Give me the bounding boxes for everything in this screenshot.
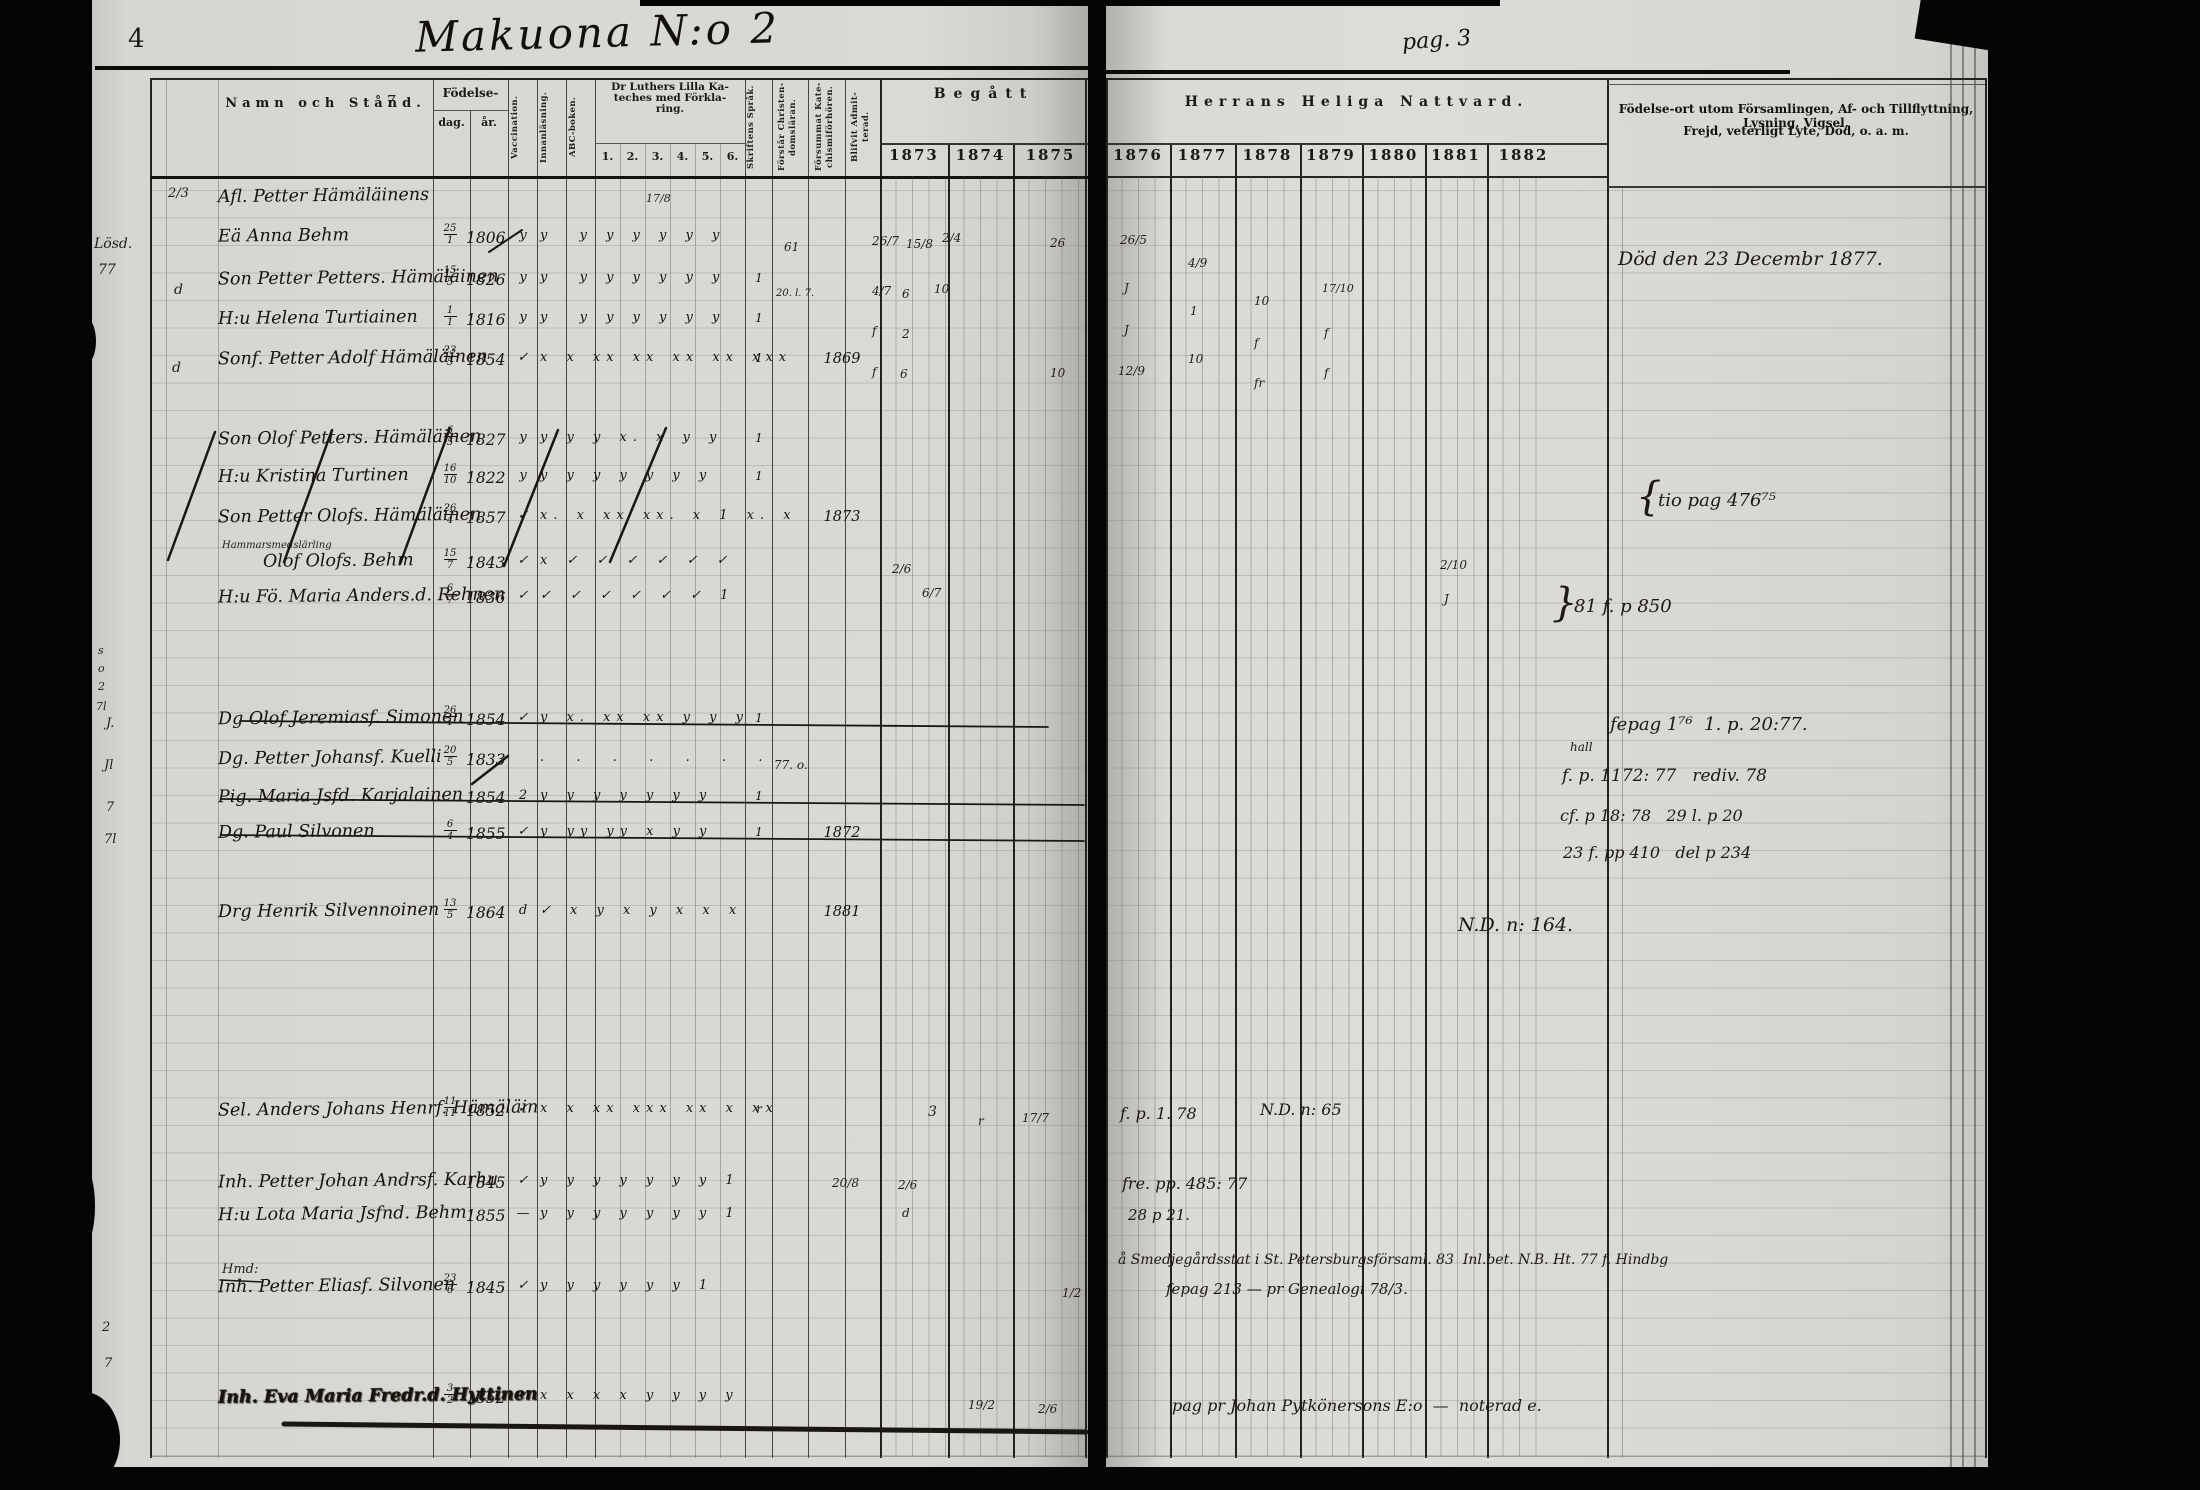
handwritten-mark: f <box>872 365 876 379</box>
entry-vaccination-mark: ✓ <box>508 824 538 839</box>
grid-vline <box>772 78 773 1458</box>
handwritten-mark: 2/6 <box>1038 1402 1057 1416</box>
entry-catechism-marks: x x xx xxx xx x xx <box>540 1101 779 1116</box>
birth-day-numerator: 6 <box>447 820 453 829</box>
entry-vaccination-mark: y <box>508 430 538 445</box>
entry-birth-year: 1806 <box>466 229 505 247</box>
grid-hline <box>1106 143 1607 145</box>
page-number: 4 <box>128 24 145 54</box>
handwritten-mark: 26/5 <box>1120 233 1147 247</box>
handwritten-mark: 10 <box>934 282 949 296</box>
year-header: 1877 <box>1170 146 1235 164</box>
handwritten-mark: J <box>1124 323 1129 337</box>
entry-vaccination-mark: y <box>508 270 538 285</box>
entry-admitted-year: 1872 <box>806 825 878 841</box>
birth-day-denominator: 6 <box>447 1286 453 1295</box>
entry-name: Inh. Petter Johan Andrsf. Karhu <box>218 1170 498 1193</box>
entry-catechism-marks: x ✓ ✓ ✓ ✓ ✓ ✓ <box>540 553 733 568</box>
entry-language-mark: r <box>747 1102 771 1116</box>
entry-birth-year: 1855 <box>466 825 505 843</box>
entry-birth-year: 1854 <box>466 351 505 369</box>
entry-vaccination-mark: ✓ <box>508 588 538 603</box>
grid-vline <box>1085 78 1087 1458</box>
handwritten-mark: 6 <box>902 287 910 301</box>
column-header-name: Namn och Stånd. <box>218 96 433 111</box>
grid-hline <box>150 78 1985 80</box>
column-header-vertical: Förstår Christen- domsläran. <box>777 80 803 174</box>
margin-note: 28 p 21. <box>1128 1206 1190 1224</box>
handwritten-mark: d <box>174 282 183 298</box>
margin-note: hall <box>1570 740 1593 754</box>
margin-note: fepag 1⁷⁶ 1. p. 20:77. <box>1610 714 1808 735</box>
year-header: 1881 <box>1425 146 1487 164</box>
column-header-birth: Födelse- <box>433 86 508 100</box>
birth-day-numerator: 13 <box>444 899 457 908</box>
entry-vaccination-mark: ✓ <box>508 1278 538 1293</box>
entry-birth-day: 155 <box>433 266 467 287</box>
birth-day-numerator: 6 <box>447 426 453 435</box>
entry-catechism-marks: y y y y y y y 1 <box>540 1206 740 1221</box>
handwritten-mark: Lösd. <box>94 236 132 252</box>
entry-birth-day: 236 <box>433 1274 467 1295</box>
handwritten-mark: 15/8 <box>906 237 933 251</box>
birth-day-denominator: 1 <box>447 236 453 245</box>
entry-name: H:u Helena Turtiainen <box>218 307 418 329</box>
birth-day-numerator: 16 <box>444 464 457 473</box>
birth-day-denominator: 4 <box>447 832 453 841</box>
year-header: 1880 <box>1362 146 1425 164</box>
birth-day-denominator: 1 <box>447 718 453 727</box>
entry-birth-day: 1111 <box>433 1097 467 1118</box>
entry-admitted-year: 1881 <box>806 904 878 920</box>
handwritten-mark: Hmd: <box>222 1262 258 1277</box>
entry-language-mark: 1 <box>747 431 771 445</box>
handwritten-mark: 7 <box>386 92 396 110</box>
entry-birth-year: 1854 <box>466 789 505 807</box>
entry-vaccination-mark: ✓ <box>508 1388 538 1403</box>
entry-name: Olof Olofs. Behm <box>263 550 414 572</box>
entry-name: Dg. Paul Silvonen <box>218 821 375 843</box>
handwritten-mark: 12/9 <box>1118 364 1145 378</box>
entry-birth-day: 67 <box>433 584 467 605</box>
column-header-vertical: Vaccination. <box>510 80 536 174</box>
birth-day-denominator: 2 <box>447 1396 453 1405</box>
entry-language-mark: 1 <box>747 825 771 839</box>
birth-day-numerator: 15 <box>444 549 457 558</box>
entry-catechism-marks: . . . . . . . <box>540 750 769 765</box>
handwritten-mark: 17/10 <box>1322 282 1354 295</box>
entry-catechism-marks: x x x x y y y y <box>540 1388 739 1403</box>
page-stack-edge <box>1974 0 1976 1468</box>
birth-day-numerator: 1 <box>447 306 453 315</box>
entry-language-mark: 1 <box>747 271 771 285</box>
margin-note: tio pag 476⁷⁵ <box>1658 490 1776 511</box>
film-blemish <box>72 1166 95 1246</box>
entry-catechism-marks: y x. xx xx y y y <box>540 710 749 725</box>
page-stack-edge <box>1962 0 1964 1468</box>
handwritten-mark: 2/10 <box>1440 558 1467 572</box>
year-subcolumn-grid <box>1013 176 1085 1456</box>
katekes-subcol-header: 3. <box>645 150 670 163</box>
birth-day-denominator: 5 <box>447 358 453 367</box>
entry-catechism-marks: ✓ x y x y x x x <box>540 903 742 918</box>
grid-hline <box>595 143 745 144</box>
grid-vline <box>845 78 846 1458</box>
entry-birth-year: 1852 <box>466 1389 505 1407</box>
handwritten-mark: 1/2 <box>1062 1286 1081 1300</box>
film-blemish <box>74 592 91 644</box>
handwritten-mark: 1 <box>1190 304 1198 318</box>
margin-note: pag pr Johan Pytkönersons E:o — noterad … <box>1172 1396 1542 1415</box>
margin-note: N.D. n: 164. <box>1458 914 1573 936</box>
column-header-communion: Herrans Heliga Nattvard. <box>1106 94 1607 110</box>
grid-hline <box>880 143 1088 145</box>
handwritten-mark: 6/7 <box>922 586 941 600</box>
film-blemish <box>48 1392 120 1488</box>
margin-note: å Smedjegårdsstat i St. Petersburgsförsa… <box>1118 1252 1668 1268</box>
entry-birth-year: 1864 <box>466 904 505 922</box>
grid-hline <box>1607 84 1985 85</box>
katekes-header: ring. <box>597 104 743 115</box>
grid-hline <box>1106 70 1790 74</box>
handwritten-mark: 6 <box>900 367 908 381</box>
column-header-vertical: Innanläsning. <box>539 80 565 174</box>
handwritten-mark: 3 <box>928 1104 937 1120</box>
year-subcolumn-grid <box>880 176 948 1456</box>
entry-catechism-marks: y y y x. x y y <box>540 430 722 445</box>
birth-day-denominator: 7 <box>447 561 453 570</box>
handwritten-mark: 10 <box>1254 294 1269 308</box>
birth-day-numerator: 26 <box>444 706 457 715</box>
entry-birth-day: 11 <box>433 306 467 327</box>
film-blemish <box>76 318 96 364</box>
handwritten-mark: 2 <box>102 1320 110 1335</box>
birth-day-denominator: 10 <box>444 476 457 485</box>
entry-birth-day: 65 <box>433 426 467 447</box>
entry-name: Inh. Petter Eliasf. Silvonen <box>218 1275 455 1297</box>
year-header: 1874 <box>948 146 1013 164</box>
birth-day-denominator: 5 <box>447 911 453 920</box>
birth-day-denominator: 5 <box>447 438 453 447</box>
film-edge-bottom <box>0 1467 2200 1490</box>
handwritten-mark: 2/4 <box>942 231 961 245</box>
grid-vline <box>508 78 509 1458</box>
birth-day-denominator: 1 <box>447 318 453 327</box>
katekes-subcol-header: 4. <box>670 150 695 163</box>
entry-vaccination-mark: ✓ <box>508 1101 538 1116</box>
entry-catechism-marks: ✓ ✓ ✓ ✓ ✓ ✓ 1 <box>540 588 734 603</box>
handwritten-mark: 77 <box>98 262 116 278</box>
entry-language-mark: 1 <box>747 789 771 803</box>
entry-birth-day: 64 <box>433 820 467 841</box>
entry-name: Drg Henrik Silvennoinen <box>218 900 439 922</box>
birth-day-denominator: 4 <box>447 516 453 525</box>
entry-birth-year: 1855 <box>466 1207 505 1225</box>
entry-birth-year: 1833 <box>466 751 505 769</box>
entry-birth-day: 261 <box>433 706 467 727</box>
entry-birth-year: 1826 <box>466 271 505 289</box>
entry-admitted-year: 1869 <box>806 351 878 367</box>
entry-catechism-marks: y y y y y y y <box>540 788 712 803</box>
handwritten-mark: s <box>98 644 104 657</box>
handwritten-mark: 7 <box>104 1356 112 1371</box>
birth-day-numerator: 25 <box>444 224 457 233</box>
entry-birth-year: 1822 <box>466 469 505 487</box>
handwritten-mark: 17/8 <box>646 192 671 205</box>
handwritten-mark: f <box>1324 366 1328 380</box>
handwritten-mark: 4/7 <box>872 284 891 298</box>
birth-day-numerator: 6 <box>447 584 453 593</box>
grid-vline <box>595 78 596 1458</box>
entry-vaccination-mark: ✓ <box>508 1173 538 1188</box>
entry-catechism-marks: y y y y y y y <box>540 228 725 243</box>
entry-language-mark: 1 <box>747 351 771 365</box>
handwritten-mark: 20. l. 7. <box>776 288 814 299</box>
entry-birth-year: 1857 <box>466 509 505 527</box>
handwritten-mark: 77. o. <box>774 758 808 772</box>
handwritten-mark: f <box>1324 326 1328 340</box>
entry-birth-year: 1816 <box>466 311 505 329</box>
handwritten-mark: r <box>978 1114 984 1128</box>
margin-note: fre. pp. 485: 77 <box>1122 1174 1247 1193</box>
margin-note: cf. p 18: 78 29 l. p 20 <box>1560 806 1743 825</box>
entry-catechism-marks: y y y y y y y <box>540 468 712 483</box>
entry-name: H:u Lota Maria Jsfnd. Behm <box>218 1203 467 1226</box>
entry-birth-year: 1843 <box>466 554 505 572</box>
film-blemish <box>77 726 92 764</box>
entry-name: Dg. Petter Johansf. Kuelli <box>218 747 442 769</box>
village-title-handwritten: Makuona N:o 2 <box>414 3 780 62</box>
year-header: 1878 <box>1235 146 1300 164</box>
handwritten-mark: 2 <box>98 680 105 693</box>
column-header-birth-day: dag. <box>433 116 470 129</box>
film-edge-right <box>1988 0 2200 1490</box>
birth-day-numerator: 3 <box>447 1384 453 1393</box>
entry-birth-year: 1852 <box>466 1102 505 1120</box>
margin-note: N.D. n: 65 <box>1260 1100 1342 1119</box>
handwritten-mark: 7l <box>96 700 107 713</box>
margin-note: f. p. 1. 78 <box>1120 1104 1197 1123</box>
entry-catechism-marks: y y y y y y y <box>540 270 725 285</box>
column-header-vertical: Blifvit Admit- terad. <box>850 80 876 174</box>
handwritten-mark: J <box>1444 592 1449 606</box>
column-header-birth-year: år. <box>470 116 508 129</box>
column-header-begatt: Begått <box>880 86 1088 102</box>
entry-catechism-marks: y y y y y y y 1 <box>540 1173 740 1188</box>
entry-catechism-marks: y y y y y y 1 <box>540 1278 713 1293</box>
entry-birth-year: 1845 <box>466 1279 505 1297</box>
entry-catechism-marks: y y y y y y y <box>540 310 725 325</box>
handwritten-mark: 2/3 <box>168 186 189 201</box>
handwritten-mark: 26 <box>1050 236 1065 250</box>
handwritten-mark: 20/8 <box>832 1176 859 1190</box>
handwritten-mark: 10 <box>1188 352 1203 366</box>
entry-name: Eä Anna Behm <box>218 225 349 246</box>
book-gutter <box>1088 0 1106 1490</box>
column-header-vertical: Försummat Kate- chismiförhören. <box>814 80 840 174</box>
handwritten-mark: 10 <box>1050 366 1065 380</box>
grid-vline <box>808 78 809 1458</box>
entry-birth-day: 251 <box>433 224 467 245</box>
margin-note: 81 f. p 850 <box>1574 596 1672 617</box>
birth-day-denominator: 5 <box>447 278 453 287</box>
handwritten-mark: 19/2 <box>968 1398 995 1412</box>
entry-language-mark: 1 <box>747 311 771 325</box>
handwritten-mark: o <box>98 662 105 675</box>
katekes-subcol-header: 5. <box>695 150 720 163</box>
handwritten-mark: 2/6 <box>892 562 911 576</box>
katekes-subcol-header: 2. <box>620 150 645 163</box>
grid-vline <box>720 143 721 1458</box>
entry-vaccination-mark: 2 <box>508 788 538 803</box>
birth-day-numerator: 23 <box>444 346 457 355</box>
entry-birth-year: 1845 <box>466 1174 505 1192</box>
grid-hline <box>433 110 508 111</box>
column-header-vertical: ABC-boken. <box>568 80 594 174</box>
birth-day-numerator: 11 <box>444 1097 457 1106</box>
grid-hline <box>150 1456 1985 1457</box>
handwritten-mark: Hammarsmedslärling <box>222 540 332 551</box>
year-header: 1879 <box>1300 146 1362 164</box>
margin-note: f. p. 1172: 77 rediv. 78 <box>1562 766 1767 786</box>
handwritten-mark: 4/9 <box>1188 256 1207 270</box>
entry-birth-day: 1610 <box>433 464 467 485</box>
handwritten-mark: 7l <box>104 832 116 847</box>
right-column-header: Frejd, veterligt Lyte, Död, o. a. m. <box>1613 124 1979 138</box>
entry-birth-day: 135 <box>433 899 467 920</box>
entry-vaccination-mark: d <box>508 903 538 918</box>
handwritten-mark: 7 <box>106 800 114 815</box>
grid-hline <box>1607 186 1985 188</box>
entry-vaccination-mark: y <box>508 468 538 483</box>
grid-vline <box>537 78 538 1458</box>
grid-vline <box>166 78 167 1458</box>
katekes-subcol-header: 1. <box>595 150 620 163</box>
margin-note: 23 f. pp 410 del p 234 <box>1563 843 1751 862</box>
handwritten-mark: 17/7 <box>1022 1111 1049 1125</box>
year-header: 1876 <box>1106 146 1170 164</box>
film-blemish <box>79 948 91 980</box>
grid-vline <box>1985 78 1987 1458</box>
grid-hline <box>95 66 1090 70</box>
entry-vaccination-mark: ✓ <box>508 553 538 568</box>
grid-vline <box>566 78 567 1458</box>
pagination-note-handwritten: pag. 3 <box>1401 26 1472 56</box>
handwritten-mark: J <box>1124 281 1129 295</box>
margin-note: Död den 23 Decembr 1877. <box>1618 248 1883 270</box>
entry-language-mark: 1 <box>747 469 771 483</box>
entry-birth-day: 157 <box>433 549 467 570</box>
handwritten-mark: d <box>172 360 181 376</box>
birth-day-denominator: 7 <box>447 596 453 605</box>
entry-admitted-year: 1873 <box>806 509 878 525</box>
handwritten-mark: 2 <box>902 327 910 341</box>
handwritten-mark: f <box>872 324 876 338</box>
year-subcolumn-grid <box>948 176 1013 1456</box>
year-header: 1882 <box>1487 146 1560 164</box>
handwritten-mark: 26/7 <box>872 234 899 248</box>
entry-vaccination-mark: y <box>508 228 538 243</box>
register-scan-page: 4 Makuona N:o 2 pag. 3 Namn och Stånd. F… <box>0 0 2200 1490</box>
entry-birth-day: 205 <box>433 746 467 767</box>
entry-birth-year: 1827 <box>466 431 505 449</box>
birth-day-numerator: 23 <box>444 1274 457 1283</box>
handwritten-mark: fr <box>1254 376 1264 390</box>
entry-name: Pig. Maria Jsfd. Karjalainen <box>218 785 463 808</box>
entry-vaccination-mark: ✓ <box>508 710 538 725</box>
entry-catechism-marks: x. x xx xx. x 1 x. x <box>540 508 797 523</box>
birth-day-numerator: 26 <box>444 504 457 513</box>
entry-vaccination-mark: y <box>508 310 538 325</box>
year-header: 1873 <box>880 146 948 164</box>
birth-day-numerator: 15 <box>444 266 457 275</box>
page-stack-edge <box>1950 0 1952 1468</box>
column-header-vertical: Skriftens Språk. <box>746 80 772 174</box>
handwritten-mark: 2/6 <box>898 1178 917 1192</box>
handwritten-mark: d <box>902 1206 910 1220</box>
entry-vaccination-mark: ✓ <box>508 508 538 523</box>
handwritten-mark: 61 <box>784 240 799 254</box>
grid-vline <box>745 78 746 1458</box>
birth-day-denominator: 11 <box>444 1109 457 1118</box>
entry-name: Afl. Petter Hämäläinens <box>218 185 429 207</box>
entry-birth-day: 32 <box>433 1384 467 1405</box>
entry-vaccination-mark: ✓ <box>508 350 538 365</box>
film-edge-top <box>640 0 1500 6</box>
entry-birth-day: 264 <box>433 504 467 525</box>
entry-birth-year: 1836 <box>466 589 505 607</box>
entry-name: Dg Olof Jeremiasf. Simonen <box>218 707 464 730</box>
margin-note: fepag 213 — pr Genealogi 78/3. <box>1166 1280 1408 1298</box>
entry-name: H:u Kristina Turtinen <box>218 465 409 487</box>
entry-vaccination-mark: — <box>508 1206 538 1221</box>
entry-catechism-marks: y yy yy x y y <box>540 824 712 839</box>
handwritten-mark: J. <box>106 716 114 731</box>
grid-vline <box>150 78 152 1458</box>
katekes-subcol-header: 6. <box>720 150 745 163</box>
year-header: 1875 <box>1013 146 1088 164</box>
birth-day-denominator: 5 <box>447 758 453 767</box>
entry-birth-year: 1854 <box>466 711 505 729</box>
entry-birth-day: 235 <box>433 346 467 367</box>
handwritten-mark: f <box>1254 336 1258 350</box>
entry-language-mark: 1 <box>747 711 771 725</box>
birth-day-numerator: 20 <box>444 746 457 755</box>
handwritten-mark: Jl <box>104 758 113 773</box>
